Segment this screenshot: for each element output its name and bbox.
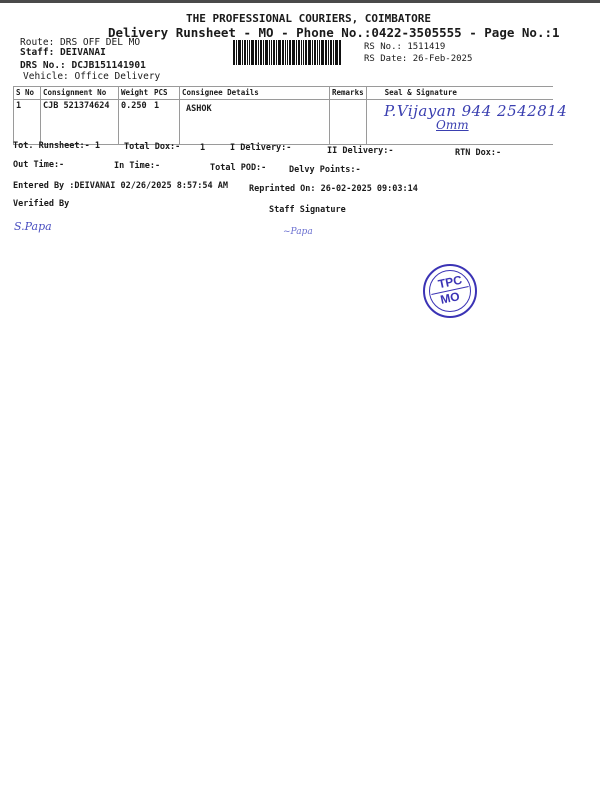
barcode xyxy=(233,40,358,65)
ii-delivery: II Delivery:- xyxy=(327,146,394,156)
receiver-initials: Omm xyxy=(436,118,469,132)
cell-consignment: CJB 521374624 xyxy=(41,100,119,145)
col-consignment: Consignment No xyxy=(41,87,119,100)
cell-consignee: ASHOK xyxy=(180,100,330,145)
tot-runsheet: Tot. Runsheet:- 1 xyxy=(13,141,100,151)
entered-by: Entered By :DEIVANAI 02/26/2025 8:57:54 … xyxy=(13,181,228,191)
col-seal-signature: Seal & Signature xyxy=(366,87,553,100)
staff-signature: ~Papa xyxy=(283,227,313,237)
cell-weight: 0.250 xyxy=(119,100,153,145)
col-consignee: Consignee Details xyxy=(180,87,330,100)
cell-remarks xyxy=(330,100,367,145)
table-header-row: S No Consignment No Weight PCS Consignee… xyxy=(14,87,553,100)
staff-signature-label: Staff Signature xyxy=(269,205,346,215)
total-dox-label: Total Dox:- xyxy=(124,142,180,152)
col-pcs: PCS xyxy=(152,87,180,100)
scan-edge xyxy=(0,0,600,3)
col-remarks: Remarks xyxy=(330,87,367,100)
verified-signature: S.Papa xyxy=(14,220,52,233)
reprinted-on: Reprinted On: 26-02-2025 09:03:14 xyxy=(249,184,418,194)
tpc-mo-stamp: TPC MO xyxy=(423,264,477,318)
cell-sno: 1 xyxy=(14,100,41,145)
col-sno: S No xyxy=(14,87,41,100)
in-time: In Time:- xyxy=(114,161,160,171)
total-dox-value: 1 xyxy=(200,143,205,153)
drs-number: DRS No.: DCJB151141901 xyxy=(20,60,146,71)
i-delivery: I Delivery:- xyxy=(230,143,291,153)
vehicle: Vehicle: Office Delivery xyxy=(23,71,160,82)
receiver-signature: P.Vijayan 944 2542814 xyxy=(384,102,567,120)
rs-date: RS Date: 26-Feb-2025 xyxy=(364,54,472,64)
cell-pcs: 1 xyxy=(152,100,180,145)
delvy-points: Delvy Points:- xyxy=(289,165,361,175)
staff: Staff: DEIVANAI xyxy=(20,47,106,58)
company-title: THE PROFESSIONAL COURIERS, COIMBATORE xyxy=(186,12,431,25)
rtn-dox: RTN Dox:- xyxy=(455,148,501,158)
col-weight: Weight xyxy=(119,87,153,100)
total-pod: Total POD:- xyxy=(210,163,266,173)
runsheet-subtitle: Delivery Runsheet - MO - Phone No.:0422-… xyxy=(108,25,560,40)
rs-number: RS No.: 1511419 xyxy=(364,42,445,52)
verified-by-label: Verified By xyxy=(13,199,69,209)
out-time: Out Time:- xyxy=(13,160,64,170)
